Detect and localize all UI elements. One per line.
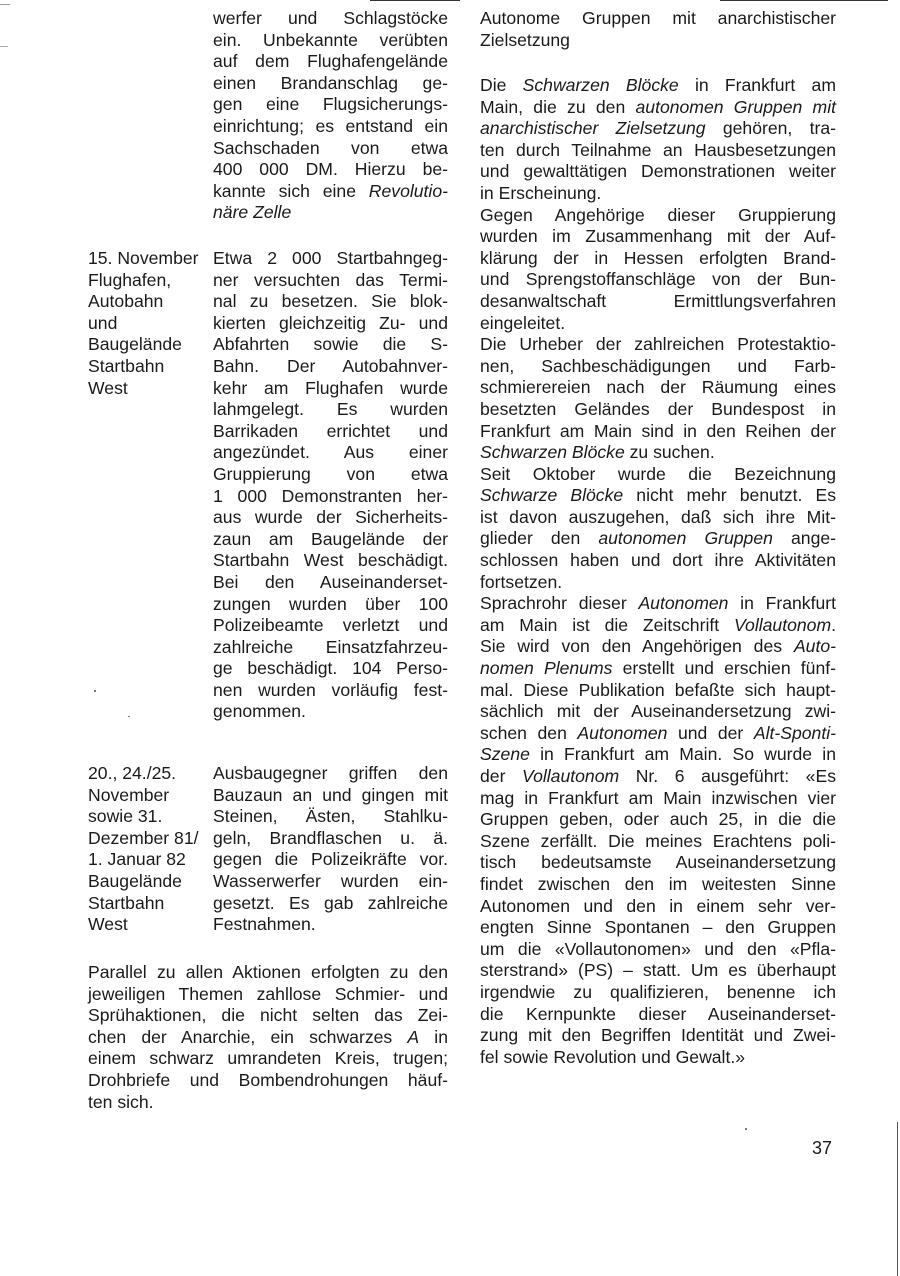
scan-speck	[128, 716, 130, 717]
date-line: 15. November	[88, 248, 213, 270]
text-line: ge beschädigt. 104 Perso-	[213, 658, 448, 680]
text-line: und Sprengstoffanschläge von der Bun-	[480, 269, 836, 291]
text-line: nal zu besetzen. Sie blok-	[213, 291, 448, 313]
text-line: Wasserwerfer wurden ein-	[213, 871, 448, 893]
text-line: einem schwarz umrandeten Kreis, trugen;	[88, 1048, 448, 1070]
closing-paragraph: Parallel zu allen Aktionen erfolgten zu …	[88, 962, 448, 1113]
text-line: Main, die zu den autonomen Gruppen mit	[480, 97, 836, 119]
text-line: zaun am Baugelände der	[213, 529, 448, 551]
text-line: zahlreiche Einsatzfahrzeu-	[213, 637, 448, 659]
text-line: kannte sich eine Revolutio-	[213, 181, 448, 203]
scan-speck	[0, 4, 10, 5]
text-line: gegen die Polizeikräfte vor.	[213, 849, 448, 871]
text-line: Autonome Gruppen mit anarchistischer	[480, 8, 836, 30]
scan-speck	[897, 1122, 898, 1276]
paragraph: Gegen Angehörige dieser Gruppierungwurde…	[480, 205, 836, 335]
text-line: sächlich mit der Auseinandersetzung zwi-	[480, 701, 836, 723]
text-line: ner versuchten das Termi-	[213, 270, 448, 292]
text-line: Autonomen und den in einem sehr ver-	[480, 896, 836, 918]
text-line: Polizeibeamte verletzt und	[213, 615, 448, 637]
text-line: angezündet. Aus einer	[213, 442, 448, 464]
entry-text: Etwa 2 000 Startbahngeg-ner versuchten d…	[213, 248, 448, 723]
text-line: Sie wird von den Angehörigen des Auto-	[480, 636, 836, 658]
text-line: wurden im Zusammenhang mit der Auf-	[480, 226, 836, 248]
date-line: November	[88, 785, 213, 807]
text-line: zung mit den Begriffen Identität und Zwe…	[480, 1025, 836, 1047]
text-line: Gegen Angehörige dieser Gruppierung	[480, 205, 836, 227]
text-line: besetzten Geländes der Bundespost in	[480, 399, 836, 421]
text-line: Gruppierung von etwa	[213, 464, 448, 486]
text-line: Steinen, Ästen, Stahlku-	[213, 806, 448, 828]
text-line: Bahn. Der Autobahnver-	[213, 356, 448, 378]
text-line: klärung der in Hessen erfolgten Brand-	[480, 248, 836, 270]
text-line: Seit Oktober wurde die Bezeichnung	[480, 464, 836, 486]
top-rule-left	[370, 0, 460, 1]
text-line: am Main ist die Zeitschrift Vollautonom.	[480, 615, 836, 637]
text-line: einen Brandanschlag ge-	[213, 73, 448, 95]
text-line: nen wurden vorläufig fest-	[213, 680, 448, 702]
date-line: Autobahn	[88, 291, 213, 313]
text-line: ten sich.	[88, 1092, 448, 1114]
top-rule-right	[720, 0, 888, 1]
text-line: gen eine Flugsicherungs-	[213, 94, 448, 116]
text-line: genommen.	[213, 701, 448, 723]
text-line: glieder den autonomen Gruppen ange-	[480, 528, 836, 550]
text-line: tisch bedeutsamste Auseinandersetzung	[480, 852, 836, 874]
text-line: schmierereien nach der Räumung eines	[480, 377, 836, 399]
text-line: kierten gleichzeitig Zu- und	[213, 313, 448, 335]
text-line: Schwarze Blöcke nicht mehr benutzt. Es	[480, 485, 836, 507]
text-line: ein. Unbekannte verübten	[213, 30, 448, 52]
text-line: Sachschaden von etwa	[213, 138, 448, 160]
text-line: ten durch Teilnahme an Hausbesetzungen	[480, 140, 836, 162]
date-line: Baugelände	[88, 334, 213, 356]
text-line: fortsetzen.	[480, 572, 836, 594]
text-line: mag in Frankfurt am Main inzwischen vier	[480, 788, 836, 810]
text-line: engten Sinne Spontanen – den Gruppen	[480, 917, 836, 939]
text-line: Die Schwarzen Blöcke in Frankfurt am	[480, 75, 836, 97]
text-line: in Erscheinung.	[480, 183, 836, 205]
date-line: 20., 24./25.	[88, 763, 213, 785]
text-line: Drohbriefe und Bombendrohungen häuf-	[88, 1070, 448, 1092]
text-line: Gruppen geben, oder auch 25, in die die	[480, 809, 836, 831]
text-line: Die Urheber der zahlreichen Protestaktio…	[480, 334, 836, 356]
page-number: 37	[812, 1138, 832, 1160]
date-line: 1. Januar 82	[88, 849, 213, 871]
text-line: der Vollautonom Nr. 6 ausgeführt: «Es	[480, 766, 836, 788]
entry-date-place: 20., 24./25.Novembersowie 31.Dezember 81…	[88, 763, 213, 936]
text-line: Szene in Frankfurt am Main. So wurde in	[480, 744, 836, 766]
date-line: sowie 31.	[88, 806, 213, 828]
entry-date-place: 15. NovemberFlughafen,AutobahnundBaugelä…	[88, 248, 213, 399]
paragraph: Die Schwarzen Blöcke in Frankfurt amMain…	[480, 75, 836, 205]
text-line: auf dem Flughafengelände	[213, 51, 448, 73]
text-line: Szene zerfällt. Die meines Erachtens pol…	[480, 831, 836, 853]
right-column-body: Die Schwarzen Blöcke in Frankfurt amMain…	[480, 75, 836, 1068]
text-line: findet zwischen den im weitesten Sinne	[480, 874, 836, 896]
section-heading: Autonome Gruppen mit anarchistischerZiel…	[480, 8, 836, 51]
paragraph: Seit Oktober wurde die BezeichnungSchwar…	[480, 464, 836, 594]
text-line: Barrikaden errichtet und	[213, 421, 448, 443]
text-line: fel sowie Revolution und Gewalt.»	[480, 1047, 836, 1069]
date-line: Dezember 81/	[88, 828, 213, 850]
text-line: ist davon auszugehen, daß sich ihre Mit-	[480, 507, 836, 529]
text-line: Sprühaktionen, die nicht selten das Zei-	[88, 1005, 448, 1027]
text-line: Schwarzen Blöcke zu suchen.	[480, 442, 836, 464]
text-line: die Kernpunkte dieser Auseinanderset-	[480, 1004, 836, 1026]
scan-speck	[94, 690, 96, 692]
date-line: Flughafen,	[88, 270, 213, 292]
text-line: Parallel zu allen Aktionen erfolgten zu …	[88, 962, 448, 984]
text-line: Abfahrten sowie die S-	[213, 334, 448, 356]
date-line: Startbahn	[88, 356, 213, 378]
text-line: aus wurde der Sicherheits-	[213, 507, 448, 529]
text-line: einrichtung; es entstand ein	[213, 116, 448, 138]
text-line: Frankfurt am Main sind in den Reihen der	[480, 421, 836, 443]
date-line: und	[88, 313, 213, 335]
text-line: mal. Diese Publikation befaßte sich haup…	[480, 680, 836, 702]
date-line: Startbahn	[88, 893, 213, 915]
scan-speck	[0, 46, 8, 47]
text-line: desanwaltschaft Ermittlungsverfahren	[480, 291, 836, 313]
text-line: näre Zelle	[213, 202, 448, 224]
text-line: geln, Brandflaschen u. ä.	[213, 828, 448, 850]
text-line: jeweiligen Themen zahllose Schmier- und	[88, 984, 448, 1006]
text-line: um die «Vollautonomen» und den «Pfla-	[480, 939, 836, 961]
left-column-continuation: werfer und Schlagstöckeein. Unbekannte v…	[213, 8, 448, 224]
text-line: sterstrand» (PS) – statt. Um es überhaup…	[480, 960, 836, 982]
paragraph: Sprachrohr dieser Autonomen in Frankfurt…	[480, 593, 836, 1068]
text-line: Etwa 2 000 Startbahngeg-	[213, 248, 448, 270]
text-line: schen den Autonomen und der Alt-Sponti-	[480, 723, 836, 745]
date-line: Baugelände	[88, 871, 213, 893]
text-line: chen der Anarchie, ein schwarzes A in	[88, 1027, 448, 1049]
text-line: Festnahmen.	[213, 914, 448, 936]
text-line: nomen Plenums erstellt und erschien fünf…	[480, 658, 836, 680]
text-line: anarchistischer Zielsetzung gehören, tra…	[480, 118, 836, 140]
text-line: kehr am Flughafen wurde	[213, 378, 448, 400]
scan-speck	[745, 1128, 747, 1130]
entry-text: Ausbaugegner griffen denBauzaun an und g…	[213, 763, 448, 936]
text-line: nen, Sachbeschädigungen und Farb-	[480, 356, 836, 378]
text-line: Ausbaugegner griffen den	[213, 763, 448, 785]
text-line: lahmgelegt. Es wurden	[213, 399, 448, 421]
text-line: gesetzt. Es gab zahlreiche	[213, 893, 448, 915]
text-line: zungen wurden über 100	[213, 594, 448, 616]
text-line: 1 000 Demonstranten her-	[213, 486, 448, 508]
text-line: eingeleitet.	[480, 313, 836, 335]
text-line: schlossen haben und dort ihre Aktivitäte…	[480, 550, 836, 572]
text-line: Bauzaun an und gingen mit	[213, 785, 448, 807]
text-line: und gewalttätigen Demonstrationen weiter	[480, 161, 836, 183]
text-line: 400 000 DM. Hierzu be-	[213, 159, 448, 181]
text-line: Bei den Auseinanderset-	[213, 572, 448, 594]
text-line: Sprachrohr dieser Autonomen in Frankfurt	[480, 593, 836, 615]
text-line: irgendwie zu qualifizieren, benenne ich	[480, 982, 836, 1004]
text-line: Startbahn West beschädigt.	[213, 550, 448, 572]
paragraph: Die Urheber der zahlreichen Protestaktio…	[480, 334, 836, 464]
date-line: West	[88, 378, 213, 400]
text-line: werfer und Schlagstöcke	[213, 8, 448, 30]
text-line: Zielsetzung	[480, 30, 836, 52]
date-line: West	[88, 914, 213, 936]
